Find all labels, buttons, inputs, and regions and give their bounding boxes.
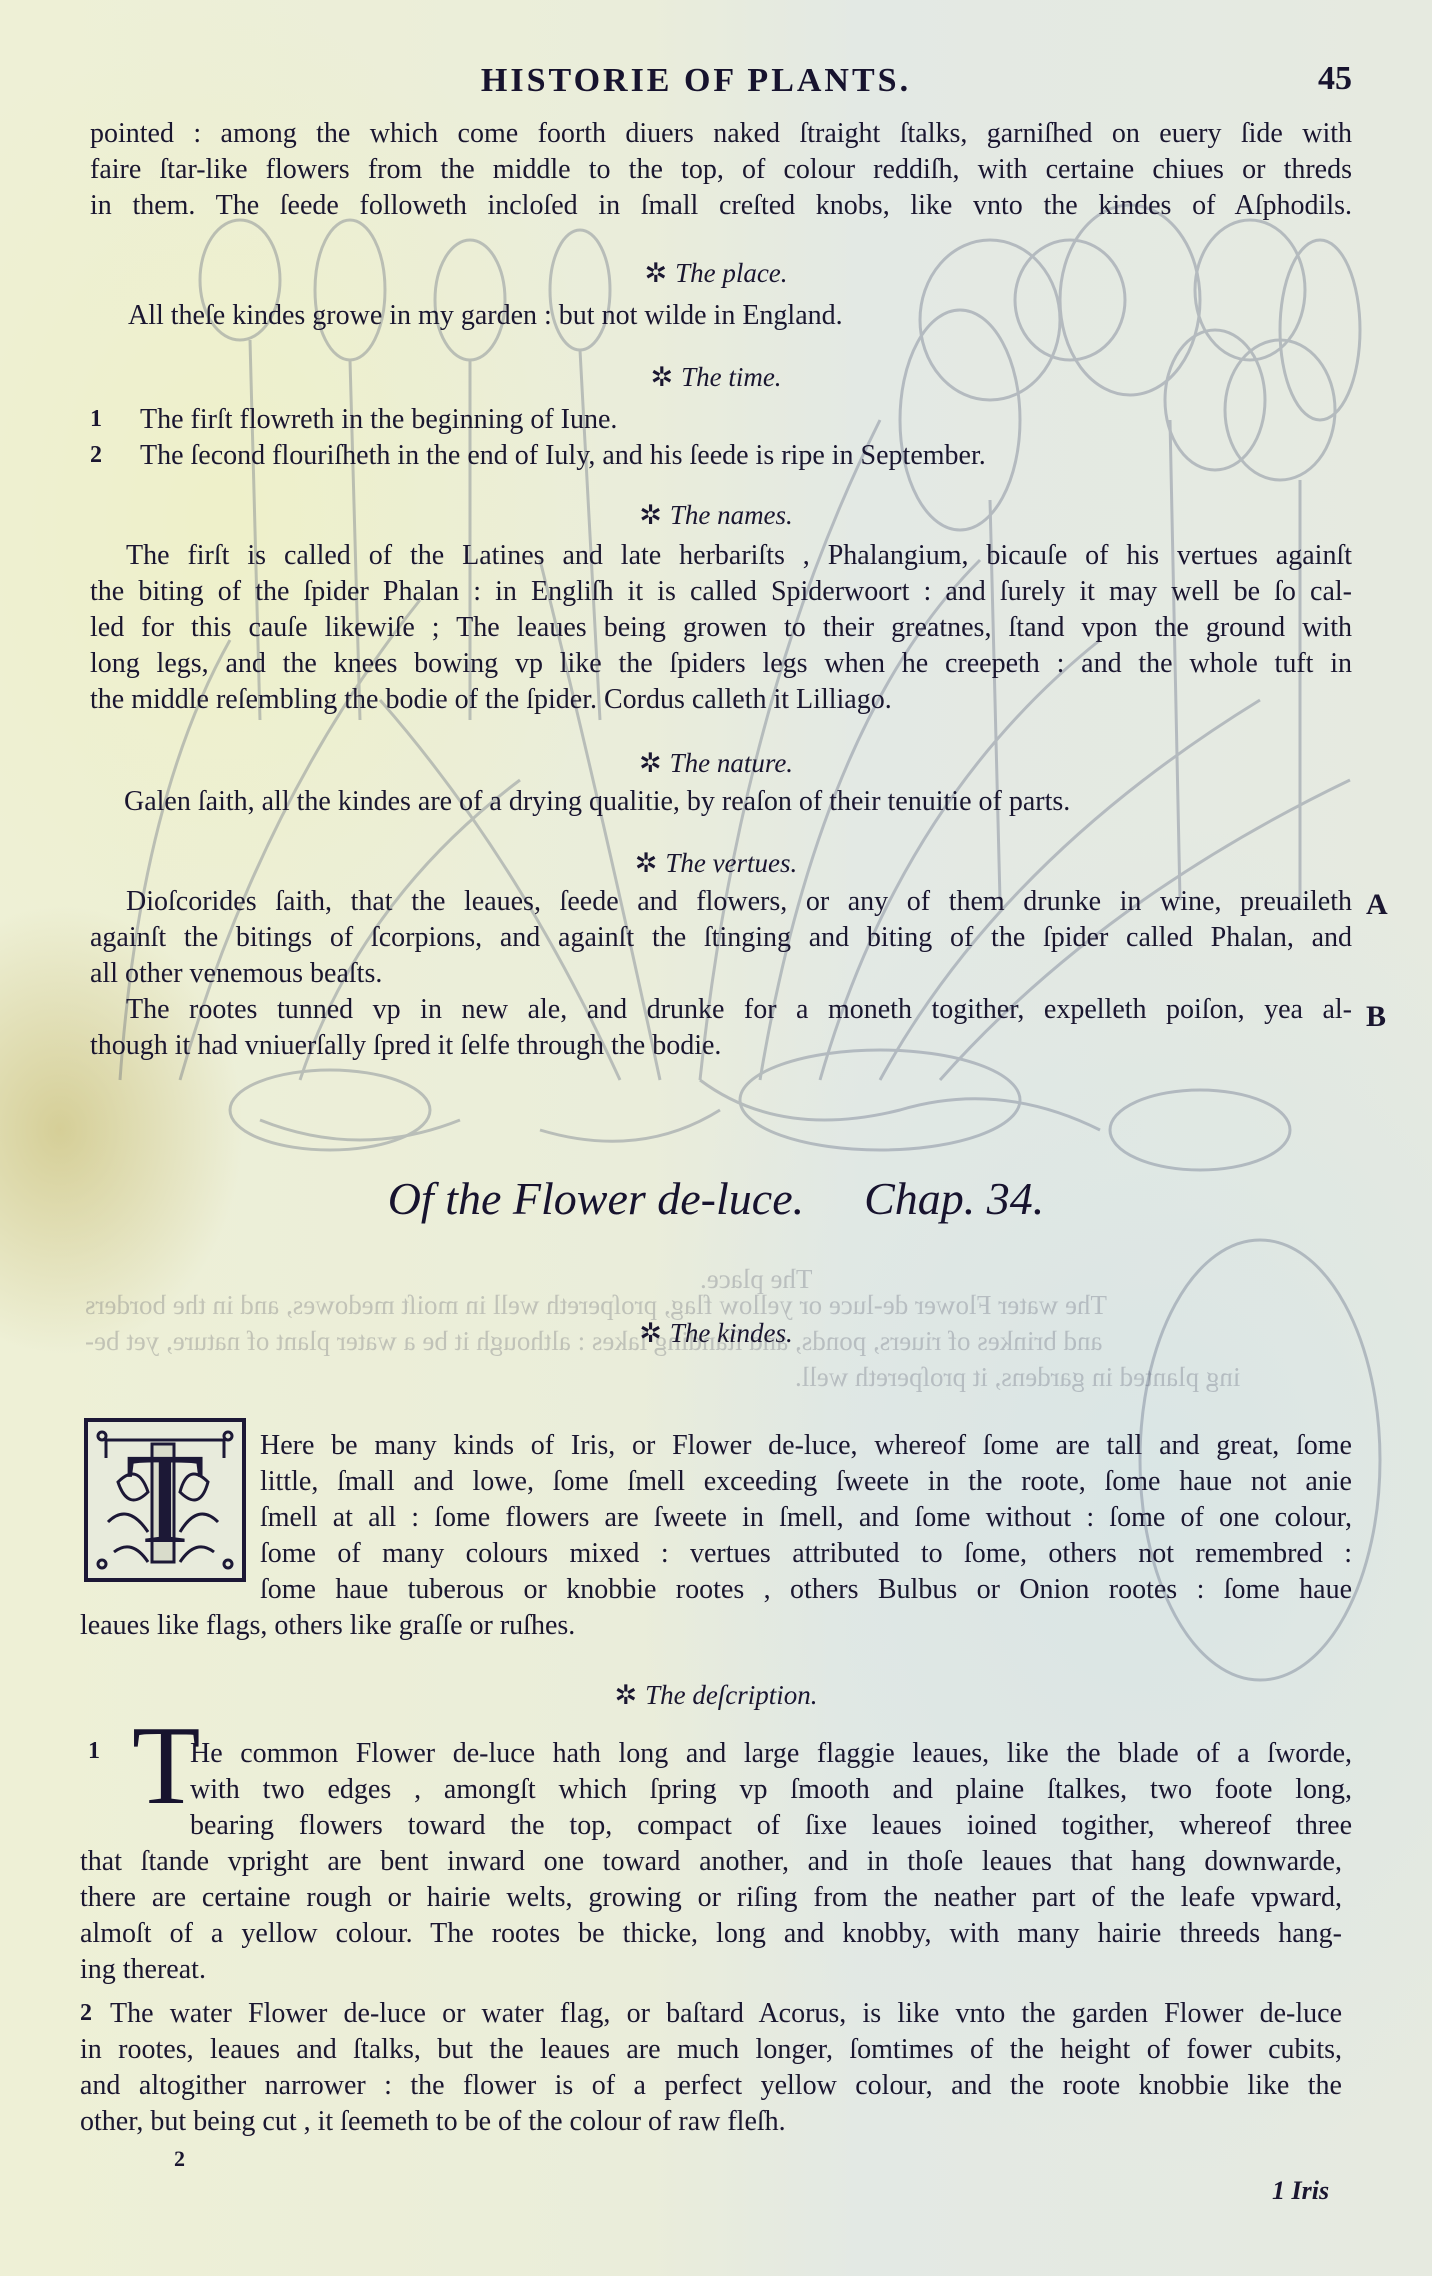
item-number: 1: [88, 1738, 100, 1765]
asterism-icon: ✲: [650, 362, 673, 392]
svg-text:T: T: [125, 1427, 204, 1571]
description-item-2: The water Flower de-luce or water flag, …: [80, 1996, 1342, 2140]
margin-letter-a: A: [1366, 888, 1388, 922]
section-heading-time: ✲The time.: [0, 362, 1432, 393]
chapter-heading: Of the Flower de-luce.Chap. 34.: [0, 1172, 1432, 1225]
margin-letter-b: B: [1366, 1000, 1386, 1034]
section-heading-names: ✲The names.: [0, 500, 1432, 531]
show-through-line: The water Flower de-luce or yellow flag,…: [85, 1290, 1107, 1321]
page-number: 45: [1318, 60, 1352, 98]
asterism-icon: ✲: [635, 848, 658, 878]
section-heading-kindes: ✲The kindes.: [0, 1318, 1432, 1349]
item-number: 2: [90, 442, 102, 469]
description-item-1-indented: He common Flower de-luce hath long and l…: [190, 1736, 1352, 1844]
vertues-paragraph: Dioſcorides ſaith, that the leaues, ſeed…: [90, 884, 1352, 1064]
asterism-icon: ✲: [614, 1680, 637, 1710]
names-paragraph: The firſt is called of the Latines and l…: [90, 538, 1352, 718]
text-line: faire ſtar-like flowers from the middle …: [90, 152, 1352, 188]
asterism-icon: ✲: [639, 500, 662, 530]
show-through-line: ing planted in gardens, it proſpereth we…: [795, 1362, 1240, 1393]
place-paragraph: All theſe kindes growe in my garden : bu…: [128, 298, 1028, 334]
time-item-1: The firſt flowreth in the beginning of I…: [140, 402, 1140, 438]
catchword: 1 Iris: [1272, 2176, 1329, 2206]
running-head-title: HISTORIE OF PLANTS.: [481, 62, 911, 99]
opening-paragraph: pointed : among the which come foorth di…: [90, 116, 1352, 224]
kindes-paragraph-end: leaues like flags, others like graſſe or…: [80, 1608, 1342, 1644]
running-head: HISTORIE OF PLANTS.: [0, 62, 1432, 100]
section-heading-description: ✲The deſcription.: [0, 1680, 1432, 1711]
section-heading-nature: ✲The nature.: [0, 748, 1432, 779]
kindes-paragraph: Here be many kinds of Iris, or Flower de…: [260, 1428, 1352, 1608]
asterism-icon: ✲: [639, 748, 662, 778]
text-line: pointed : among the which come foorth di…: [90, 116, 1352, 152]
text-line: All theſe kindes growe in my garden : bu…: [128, 298, 1028, 334]
chapter-title: Of the Flower de-luce.: [388, 1173, 804, 1224]
item-number: 1: [90, 406, 102, 433]
decorated-initial-t: T: [84, 1418, 246, 1582]
text-line: in them. The ſeede followeth incloſed in…: [90, 188, 1352, 224]
time-item-2: The ſecond flouriſheth in the end of Iul…: [140, 438, 1140, 474]
chapter-number: Chap. 34.: [864, 1173, 1044, 1224]
description-item-1: that ſtande vpright are bent inward one …: [80, 1844, 1342, 1988]
asterism-icon: ✲: [639, 1318, 662, 1348]
section-heading-place: ✲The place.: [0, 258, 1432, 289]
floral-initial-icon: T: [88, 1422, 242, 1578]
asterism-icon: ✲: [644, 258, 667, 288]
nature-paragraph: Galen ſaith, all the kindes are of a dry…: [124, 784, 1386, 820]
signature-mark: 2: [174, 2146, 185, 2172]
section-heading-vertues: ✲The vertues.: [0, 848, 1432, 879]
